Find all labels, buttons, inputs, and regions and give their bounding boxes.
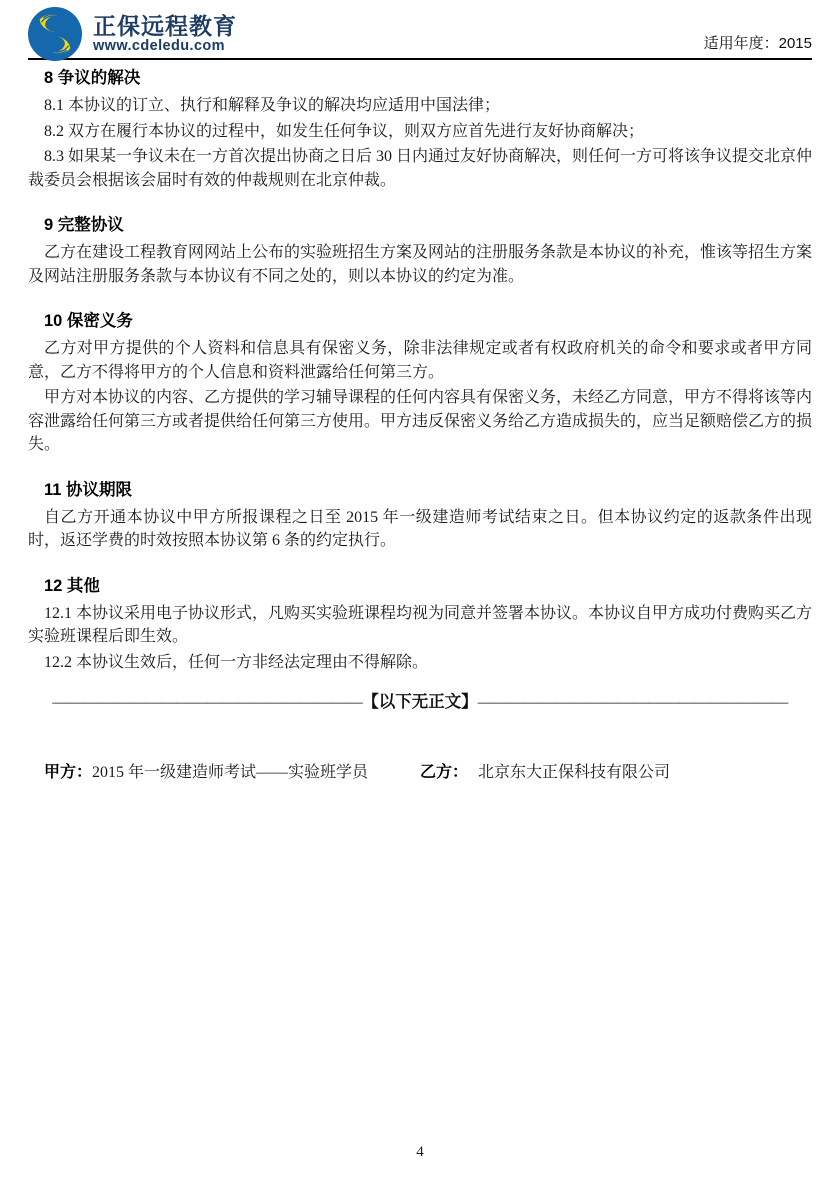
section-9-entire-agreement: 9 完整协议 乙方在建设工程教育网网站上公布的实验班招生方案及网站的注册服务条款… [28,214,812,288]
paragraph: 12.1 本协议采用电子协议形式，凡购买实验班课程均视为同意并签署本协议。本协议… [28,602,812,649]
brand-logo-icon [28,7,82,61]
signature-line: 甲方：2015 年一级建造师考试——实验班学员乙方：北京东大正保科技有限公司 [28,761,812,785]
section-heading: 12 其他 [28,575,812,598]
brand-url: www.cdeledu.com [93,38,237,55]
page-number: 4 [0,1144,840,1161]
paragraph: 8.3 如果某一争议未在一方首次提出协商之日后 30 日内通过友好协商解决，则任… [28,145,812,192]
end-of-text-label: 【以下无正文】 [362,693,478,711]
party-b-value: 北京东大正保科技有限公司 [478,764,670,781]
paragraph: 乙方对甲方提供的个人资料和信息具有保密义务，除非法律规定或者有权政府机关的命令和… [28,337,812,384]
paragraph: 乙方在建设工程教育网网站上公布的实验班招生方案及网站的注册服务条款是本协议的补充… [28,241,812,288]
paragraph: 12.2 本协议生效后，任何一方非经法定理由不得解除。 [28,651,812,675]
end-of-text-separator: ————————————————————【以下无正文】—————————————… [28,690,812,715]
section-heading: 8 争议的解决 [28,67,812,90]
section-12-miscellaneous: 12 其他 12.1 本协议采用电子协议形式，凡购买实验班课程均视为同意并签署本… [28,575,812,675]
document-page: 正保远程教育 www.cdeledu.com 适用年度：2015 8 争议的解决… [0,0,840,1181]
section-heading: 9 完整协议 [28,214,812,237]
party-b-label: 乙方： [420,764,468,781]
paragraph: 8.2 双方在履行本协议的过程中，如发生任何争议，则双方应首先进行友好协商解决； [28,120,812,144]
document-body: 8 争议的解决 8.1 本协议的订立、执行和解释及争议的解决均应适用中国法律； … [28,60,812,785]
paragraph: 甲方对本协议的内容、乙方提供的学习辅导课程的任何内容具有保密义务，未经乙方同意，… [28,386,812,457]
page-header: 正保远程教育 www.cdeledu.com 适用年度：2015 [28,0,812,60]
brand-text: 正保远程教育 www.cdeledu.com [93,7,237,55]
paragraph: 自乙方开通本协议中甲方所报课程之日至 2015 年一级建造师考试结束之日。但本协… [28,506,812,553]
section-heading: 10 保密义务 [28,310,812,333]
party-a-value: 2015 年一级建造师考试——实验班学员 [92,764,368,781]
brand: 正保远程教育 www.cdeledu.com [28,7,237,61]
party-a-label: 甲方： [44,764,92,781]
brand-name: 正保远程教育 [93,14,237,38]
party-b: 乙方：北京东大正保科技有限公司 [420,764,670,781]
separator-dashes-left: ———————————————————— [52,694,362,711]
paragraph: 8.1 本协议的订立、执行和解释及争议的解决均应适用中国法律； [28,94,812,118]
section-heading: 11 协议期限 [28,479,812,502]
section-11-agreement-term: 11 协议期限 自乙方开通本协议中甲方所报课程之日至 2015 年一级建造师考试… [28,479,812,553]
party-a: 甲方：2015 年一级建造师考试——实验班学员 [44,764,368,781]
section-8-dispute-resolution: 8 争议的解决 8.1 本协议的订立、执行和解释及争议的解决均应适用中国法律； … [28,67,812,192]
section-10-confidentiality: 10 保密义务 乙方对甲方提供的个人资料和信息具有保密义务，除非法律规定或者有权… [28,310,812,457]
applicable-year-label: 适用年度：2015 [704,32,812,58]
separator-dashes-right: ———————————————————— [478,694,788,711]
